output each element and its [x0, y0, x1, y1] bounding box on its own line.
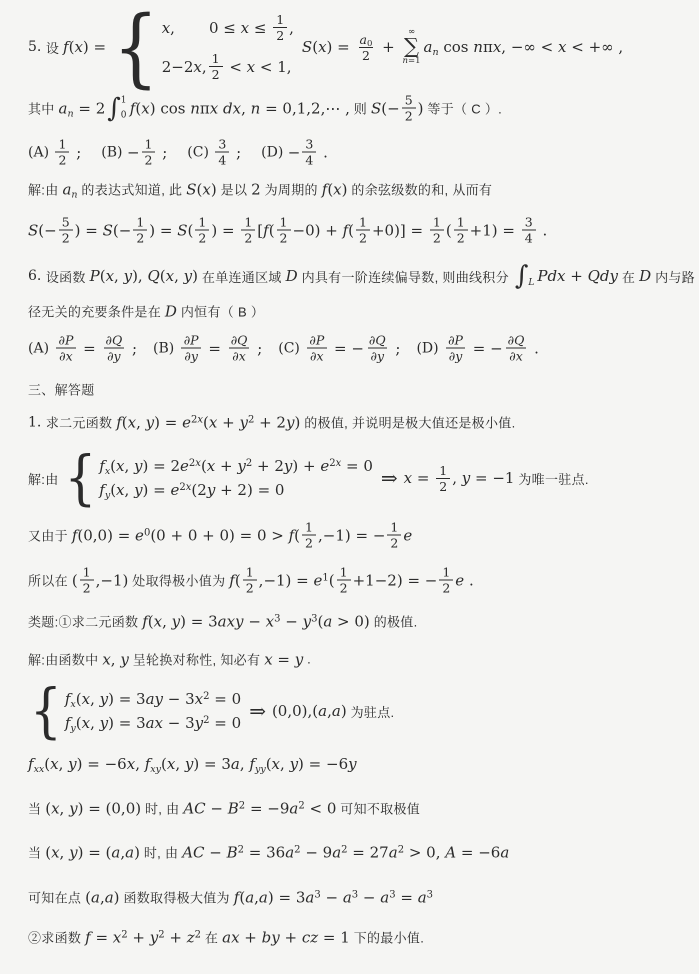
fraction: 12: [55, 137, 69, 168]
fraction-numerator: 1: [439, 565, 453, 580]
math-run: f(x) cos nπx dx, n = 0,1,2,⋯ ,: [130, 99, 350, 117]
math-run: fy(x, y) = e2x(2y + 2) = 0: [99, 481, 284, 499]
fraction-numerator: ∂P: [445, 333, 466, 348]
option-label: 6.: [28, 268, 46, 284]
math-run: ax + by + cz = 1: [222, 928, 350, 946]
cases-row: fx(x, y) = 3ay − 3x2 = 0: [65, 690, 241, 708]
fraction-numerator: 3: [302, 137, 316, 152]
fraction-denominator: ∂x: [307, 348, 327, 364]
math-run: 2: [251, 180, 261, 198]
fraction-numerator: a0: [357, 32, 376, 47]
fraction-denominator: 2: [277, 230, 291, 246]
text-run: 时, 由: [140, 843, 182, 862]
math-run: = −: [468, 339, 503, 357]
spacer: [400, 348, 416, 349]
option-label: (B): [101, 144, 127, 160]
document-page: 5. 设 f(x) = {x,0 ≤ x ≤ 12,2−2x,12 < x < …: [0, 0, 699, 974]
fraction-numerator: 5: [402, 93, 416, 108]
math-run: f(a,a) = 3a3 − a3 − a3 = a3: [234, 888, 433, 906]
fraction-numerator: ∂Q: [366, 333, 389, 348]
fraction-denominator: 2: [80, 580, 94, 596]
option-label: (B): [153, 340, 179, 356]
cases-rows: x,0 ≤ x ≤ 12,2−2x,12 < x < 1,: [162, 12, 294, 82]
math-run: AC − B2 = −9a2 < 0: [183, 799, 336, 817]
option-label: (D): [261, 144, 288, 160]
implies-arrow-icon: ⇒: [249, 699, 266, 723]
cases-group: {x,0 ≤ x ≤ 12,2−2x,12 < x < 1,: [113, 11, 294, 83]
fraction-denominator: 2: [142, 152, 156, 168]
math-run: ;: [252, 339, 262, 357]
fraction-denominator: 2: [243, 580, 257, 596]
fraction: 12: [439, 565, 453, 596]
problem-5-coefficient-line: 其中 an = 2∫10f(x) cos nπx dx, n = 0,1,2,⋯…: [28, 93, 502, 124]
sigma-icon: ∑: [404, 37, 419, 57]
math-run: ) = S(: [149, 221, 193, 239]
related-problem-1-symmetry: 解:由函数中 x, y 呈轮换对称性, 知必有 x = y .: [28, 650, 311, 669]
fraction-numerator: 1: [302, 520, 316, 535]
fraction: ∂Q∂x: [505, 333, 528, 364]
fraction-denominator: 4: [522, 230, 536, 246]
fraction: 34: [302, 137, 316, 168]
math-run: , y = −1: [452, 469, 514, 487]
fraction: ∂Q∂x: [228, 333, 251, 364]
integral-lower-limit: L: [528, 279, 535, 288]
text-run: 则: [350, 99, 371, 118]
fraction: 12: [356, 215, 370, 246]
fraction-denominator: 2: [302, 535, 316, 551]
fraction-denominator: 2: [195, 230, 209, 246]
fraction: ∂P∂x: [55, 333, 76, 364]
related-problem-1-case-aa: 当 (x, y) = (a,a) 时, 由 AC − B2 = 36a2 − 9…: [28, 843, 509, 862]
integral-lower-limit: 0: [121, 111, 128, 120]
problem-1-statement: 1. 求二元函数 f(x, y) = e2x(x + y2 + 2y) 的极值,…: [28, 413, 515, 432]
math-run: fx(x, y) = 2e2x(x + y2 + 2y) + e2x = 0: [99, 457, 373, 475]
fraction-denominator: 4: [215, 152, 229, 168]
text-run: 径无关的充要条件是在: [28, 302, 165, 321]
fraction-numerator: ∂P: [181, 333, 202, 348]
text-run: 呈轮换对称性, 知必有: [129, 650, 264, 669]
math-run: (a,a): [85, 888, 119, 906]
fraction-numerator: 1: [55, 137, 69, 152]
text-run: 求二元函数: [46, 413, 116, 432]
problem-6-statement-cont: 径无关的充要条件是在 D 内恒有（ B ）: [28, 302, 264, 321]
fraction: 12: [302, 520, 316, 551]
text-run: 在单连通区域: [198, 267, 286, 286]
math-run: f(: [229, 571, 240, 589]
fraction-denominator: 2: [402, 108, 416, 124]
fraction: 12: [209, 51, 223, 82]
math-run: +0)] =: [372, 221, 428, 239]
fraction: 12: [337, 565, 351, 596]
math-run: AC − B2 = 36a2 − 9a2 = 27a2 > 0, A = −6a: [182, 843, 509, 861]
fraction-denominator: ∂x: [506, 348, 526, 364]
integral-limits: 10: [121, 95, 128, 121]
related-problem-1-statement: 类题:①求二元函数 f(x, y) = 3axy − x3 − y3(a > 0…: [28, 612, 418, 631]
text-run: 的表达式知道, 此: [78, 180, 187, 199]
problem-5-statement: 5. 设 f(x) = {x,0 ≤ x ≤ 12,2−2x,12 < x < …: [28, 11, 623, 83]
cases-row: x,0 ≤ x ≤ 12,: [162, 12, 294, 43]
math-run: ;: [127, 339, 137, 357]
text-run: 函数取得极大值为: [120, 888, 234, 907]
math-run: ;: [391, 339, 401, 357]
text-run: 又由于: [28, 526, 72, 545]
fraction-denominator: 2: [133, 230, 147, 246]
math-run: .: [538, 221, 548, 239]
cases-row: 2−2x,12 < x < 1,: [162, 51, 292, 82]
text-run: 解:由: [28, 180, 62, 199]
option-label: 1.: [28, 414, 46, 430]
fraction-denominator: ∂y: [368, 348, 388, 364]
option-label: (D): [416, 340, 443, 356]
fraction-numerator: 1: [195, 215, 209, 230]
spacer: [241, 152, 261, 153]
fraction: 12: [195, 215, 209, 246]
fraction: 12: [243, 565, 257, 596]
text-run: 三、解答题: [28, 380, 95, 399]
problem-1-solution-compare: 又由于 f(0,0) = e0(0 + 0 + 0) = 0 > f(12,−1…: [28, 520, 412, 551]
text-run: 是以: [217, 180, 251, 199]
text-run: 其中: [28, 99, 59, 118]
math-run: S(x) =: [302, 38, 355, 56]
integral-upper-limit: 1: [121, 96, 128, 105]
fraction-denominator: 2: [439, 580, 453, 596]
math-run: (x, y) = (0,0): [45, 799, 141, 817]
fraction-denominator: ∂y: [446, 348, 466, 364]
fraction-numerator: 1: [273, 12, 287, 27]
math-run: an cos nπx, −∞ < x < +∞ ,: [424, 38, 624, 56]
text-run: 时, 由: [141, 799, 183, 818]
summation-symbol: ∞∑n=1: [402, 28, 420, 67]
math-run: S(−: [28, 221, 57, 239]
math-run: x, y: [102, 650, 129, 668]
fraction: 12: [273, 12, 287, 43]
fraction: 12: [387, 520, 401, 551]
math-run: e: [403, 526, 412, 544]
fraction-denominator: ∂y: [104, 348, 124, 364]
fraction: 12: [142, 137, 156, 168]
math-run: D: [639, 267, 651, 285]
option-label: 5.: [28, 39, 46, 55]
text-run: 处取得极小值为: [128, 571, 229, 590]
fraction: 12: [80, 565, 94, 596]
text-run: 的极值, 并说明是极大值还是极小值.: [300, 413, 515, 432]
implies-arrow-icon: ⇒: [381, 466, 398, 490]
math-run: .: [529, 339, 539, 357]
math-run: ;: [71, 143, 81, 161]
fraction-numerator: 1: [133, 215, 147, 230]
text-run: 所以在: [28, 571, 72, 590]
problem-1-solution-system: 解:由 {fx(x, y) = 2e2x(x + y2 + 2y) + e2x …: [28, 453, 589, 503]
text-run: 的余弦级数的和, 从而有: [348, 180, 493, 199]
fraction: 12: [436, 463, 450, 494]
math-run: +1) =: [470, 221, 520, 239]
related-problem-1-case-origin: 当 (x, y) = (0,0) 时, 由 AC − B2 = −9a2 < 0…: [28, 799, 420, 818]
fraction-numerator: 1: [277, 215, 291, 230]
fraction-denominator: 2: [430, 230, 444, 246]
spacer: [262, 348, 278, 349]
text-run: 当: [28, 799, 45, 818]
math-run: S(−: [371, 99, 400, 117]
text-run: 内具有一阶连续偏导数, 则曲线积分: [298, 267, 513, 286]
fraction: 34: [522, 215, 536, 246]
problem-5-solution-computation: S(−52) = S(−12) = S(12) = 12[f(12−0) + f…: [28, 215, 547, 246]
math-run: (0,0),(a,a): [272, 702, 347, 720]
math-run: D: [165, 302, 177, 320]
fraction-numerator: 3: [522, 215, 536, 230]
fraction: a02: [357, 32, 376, 63]
fraction-numerator: 1: [454, 215, 468, 230]
text-run: 设: [46, 38, 63, 57]
text-run: 解:由: [28, 469, 62, 488]
cases-rows: fx(x, y) = 2e2x(x + y2 + 2y) + e2x = 0fy…: [99, 457, 373, 499]
fraction-numerator: 1: [80, 565, 94, 580]
math-run: +: [377, 38, 399, 56]
integral-glyph-icon: ∫: [515, 263, 529, 289]
text-run: 下的最小值.: [350, 928, 424, 947]
text-run: 内与路: [651, 267, 695, 286]
fraction-denominator: ∂x: [229, 348, 249, 364]
math-run: = −: [329, 339, 364, 357]
text-run: .: [303, 652, 311, 667]
spacer: [137, 348, 153, 349]
fraction: 12: [454, 215, 468, 246]
fraction-denominator: 2: [209, 66, 223, 82]
math-run: +1−2) = −: [353, 571, 438, 589]
fraction-numerator: ∂P: [306, 333, 327, 348]
fraction: ∂P∂y: [181, 333, 202, 364]
option-label: (C): [187, 144, 213, 160]
fraction: 52: [402, 93, 416, 124]
fraction-numerator: 1: [356, 215, 370, 230]
fraction-denominator: 2: [55, 152, 69, 168]
fraction-denominator: 4: [302, 152, 316, 168]
integral-symbol: ∫10: [107, 95, 128, 121]
fraction: 12: [430, 215, 444, 246]
math-run: ) =: [211, 221, 239, 239]
math-run: ,−1) = e1(: [259, 571, 335, 589]
left-brace-icon: {: [30, 682, 62, 741]
text-run: 等于（ C ）.: [424, 99, 503, 118]
math-run: [f(: [257, 221, 274, 239]
fraction-denominator: 2: [387, 535, 401, 551]
math-run: x,: [162, 19, 175, 37]
math-run: =: [204, 339, 226, 357]
fraction-numerator: 1: [436, 463, 450, 478]
math-run: −0) + f(: [293, 221, 355, 239]
math-run: (: [72, 571, 78, 589]
fraction-denominator: 2: [356, 230, 370, 246]
math-run: P(x, y), Q(x, y): [90, 267, 198, 285]
math-run: fxx(x, y) = −6x, fxy(x, y) = 3a, fyy(x, …: [28, 755, 357, 773]
fraction-denominator: 2: [273, 27, 287, 43]
fraction-numerator: 1: [209, 51, 223, 66]
spacer: [81, 152, 101, 153]
fraction: ∂P∂x: [306, 333, 327, 364]
math-run: ;: [157, 143, 167, 161]
math-run: f(x, y) = 3axy − x3 − y3(a > 0): [142, 612, 370, 630]
text-run: 解:由函数中: [28, 650, 102, 669]
fraction: ∂Q∂y: [366, 333, 389, 364]
math-run: f(x) =: [63, 38, 111, 56]
fraction-denominator: ∂x: [56, 348, 76, 364]
integral-symbol: ∫L: [515, 263, 536, 289]
related-problem-2-statement: ②求函数 f = x2 + y2 + z2 在 ax + by + cz = 1…: [28, 928, 424, 947]
math-run: ,−1) = −: [318, 526, 385, 544]
fraction-denominator: 2: [359, 47, 373, 63]
fraction-denominator: 2: [454, 230, 468, 246]
math-run: e .: [455, 571, 473, 589]
fraction: 34: [215, 137, 229, 168]
cases-group: {fx(x, y) = 3ay − 3x2 = 0fy(x, y) = 3ax …: [30, 686, 241, 736]
math-run: f(0,0) = e0(0 + 0 + 0) = 0 > f(: [72, 526, 300, 544]
text-run: ②求函数: [28, 928, 85, 947]
fraction-numerator: 1: [241, 215, 255, 230]
cases-row: fx(x, y) = 2e2x(x + y2 + 2y) + e2x = 0: [99, 457, 373, 475]
math-run: f(x): [322, 180, 348, 198]
math-run: ;: [231, 143, 241, 161]
fraction: 12: [133, 215, 147, 246]
text-run: 可知不取极值: [336, 799, 420, 818]
text-run: 的极值.: [370, 612, 418, 631]
fraction-denominator: 2: [241, 230, 255, 246]
fraction: 12: [277, 215, 291, 246]
math-run: an: [62, 180, 77, 198]
fraction: 52: [59, 215, 73, 246]
fraction-numerator: 3: [215, 137, 229, 152]
text-run: 为周期的: [261, 180, 322, 199]
option-label: (A): [28, 144, 53, 160]
fraction-numerator: ∂Q: [505, 333, 528, 348]
math-run: (x, y) = (a,a): [45, 843, 140, 861]
math-run: f = x2 + y2 + z2: [85, 928, 201, 946]
fraction-numerator: ∂Q: [228, 333, 251, 348]
text-run: 在: [201, 928, 222, 947]
math-run: ,−1): [96, 571, 129, 589]
fraction: ∂Q∂y: [102, 333, 125, 364]
fraction-denominator: 2: [59, 230, 73, 246]
fraction-numerator: 5: [59, 215, 73, 230]
math-run: x = y: [264, 650, 303, 668]
math-run: an = 2: [59, 99, 106, 117]
related-problem-1-system: {fx(x, y) = 3ay − 3x2 = 0fy(x, y) = 3ax …: [28, 686, 394, 736]
text-run: 类题:①求二元函数: [28, 612, 142, 631]
text-run: 为驻点.: [347, 702, 395, 721]
option-label: (C): [278, 340, 304, 356]
fraction-numerator: 1: [142, 137, 156, 152]
related-problem-1-second-derivatives: fxx(x, y) = −6x, fxy(x, y) = 3a, fyy(x, …: [28, 755, 357, 773]
math-run: < x < 1,: [225, 58, 292, 76]
spacer: [175, 27, 209, 28]
math-run: −: [288, 143, 301, 161]
math-run: =: [78, 339, 100, 357]
sum-lower-limit: n=1: [402, 57, 420, 66]
spacer: [167, 152, 187, 153]
left-brace-icon: {: [113, 5, 159, 90]
math-run: −: [127, 143, 140, 161]
fraction-numerator: 1: [387, 520, 401, 535]
problem-6-options: (A) ∂P∂x = ∂Q∂y ;(B) ∂P∂y = ∂Q∂x ;(C) ∂P…: [28, 333, 539, 364]
fraction: 12: [241, 215, 255, 246]
math-run: ) = S(−: [75, 221, 132, 239]
cases-rows: fx(x, y) = 3ay − 3x2 = 0fy(x, y) = 3ax −…: [65, 690, 241, 732]
text-run: 为唯一驻点.: [514, 469, 588, 488]
math-run: fy(x, y) = 3ax − 3y2 = 0: [65, 714, 241, 732]
fraction-numerator: ∂P: [55, 333, 76, 348]
section-3-heading: 三、解答题: [28, 380, 95, 399]
math-run: x =: [404, 469, 435, 487]
math-run: S(x): [186, 180, 216, 198]
cases-group: {fx(x, y) = 2e2x(x + y2 + 2y) + e2x = 0f…: [64, 453, 372, 503]
fraction-numerator: 1: [337, 565, 351, 580]
text-run: 设函数: [46, 267, 90, 286]
text-run: 可知在点: [28, 888, 85, 907]
cases-row: fy(x, y) = e2x(2y + 2) = 0: [99, 481, 284, 499]
math-run: f(x, y) = e2x(x + y2 + 2y): [116, 413, 300, 431]
problem-5-solution-text: 解:由 an 的表达式知道, 此 S(x) 是以 2 为周期的 f(x) 的余弦…: [28, 180, 492, 199]
problem-5-options: (A) 12 ;(B) −12 ;(C) 34 ;(D) −34 .: [28, 137, 328, 168]
math-run: 2−2x,: [162, 58, 207, 76]
text-run: 当: [28, 843, 45, 862]
integral-limits: L: [528, 263, 535, 289]
problem-6-statement: 6. 设函数 P(x, y), Q(x, y) 在单连通区域 D 内具有一阶连续…: [28, 263, 695, 289]
fraction-numerator: 1: [243, 565, 257, 580]
math-run: Pdx + Qdy: [537, 267, 618, 285]
left-brace-icon: {: [64, 449, 96, 508]
math-run: D: [286, 267, 298, 285]
integral-glyph-icon: ∫: [107, 95, 121, 121]
related-problem-1-conclusion: 可知在点 (a,a) 函数取得极大值为 f(a,a) = 3a3 − a3 − …: [28, 888, 433, 907]
text-run: 内恒有（ B ）: [177, 302, 264, 321]
math-run: ,: [289, 19, 294, 37]
fraction-denominator: ∂y: [181, 348, 201, 364]
option-label: (A): [28, 340, 53, 356]
fraction-denominator: 2: [337, 580, 351, 596]
cases-row: fy(x, y) = 3ax − 3y2 = 0: [65, 714, 241, 732]
fraction: ∂P∂y: [445, 333, 466, 364]
fraction-numerator: ∂Q: [102, 333, 125, 348]
problem-1-solution-conclusion: 所以在 (12,−1) 处取得极小值为 f(12,−1) = e1(12+1−2…: [28, 565, 474, 596]
math-run: .: [318, 143, 328, 161]
text-run: 在: [618, 267, 639, 286]
fraction-denominator: 2: [436, 478, 450, 494]
fraction-numerator: 1: [430, 215, 444, 230]
math-run: (: [446, 221, 452, 239]
math-run: fx(x, y) = 3ay − 3x2 = 0: [65, 690, 241, 708]
math-run: 0 ≤ x ≤: [209, 19, 271, 37]
